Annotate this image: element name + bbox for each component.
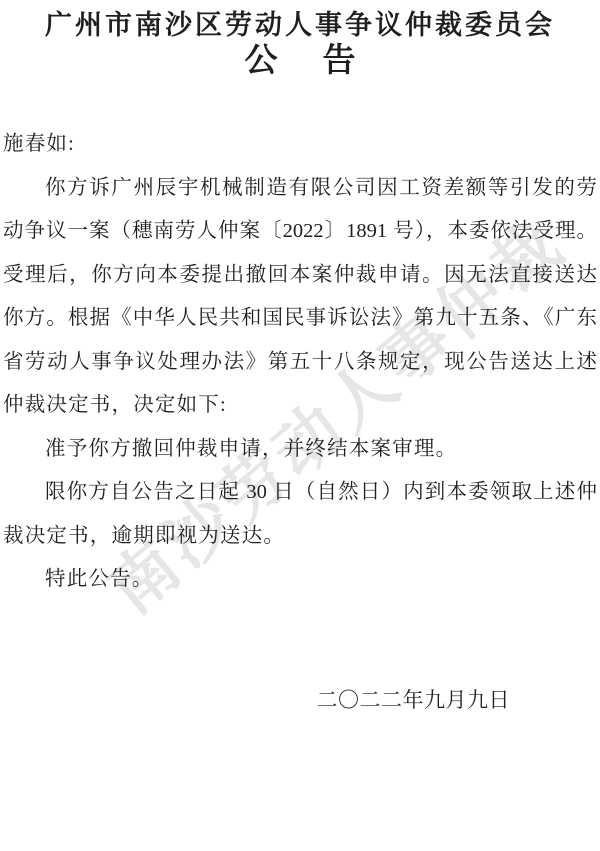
body-line: 动争议一案（穗南劳人仲案〔2022〕1891 号），本委依法受理。: [3, 210, 597, 254]
body-line: 裁决定书，逾期即视为送达。: [3, 515, 597, 559]
body-line: 省劳动人事争议处理办法》第五十八条规定，现公告送达上述: [3, 341, 597, 385]
body-text-block: 施春如: 你方诉广州辰宇机械制造有限公司因工资差额等引发的劳 动争议一案（穗南劳…: [3, 123, 597, 602]
document-content: 广州市南沙区劳动人事争议仲裁委员会 公 告 施春如: 你方诉广州辰宇机械制造有限…: [0, 8, 600, 722]
body-line: 你方。根据《中华人民共和国民事诉讼法》第九十五条、《广东: [3, 297, 597, 341]
doc-type-heading: 公 告: [0, 42, 600, 80]
body-line: 准予你方撤回仲裁申请，并终结本案审理。: [3, 428, 597, 472]
issuer-title: 广州市南沙区劳动人事争议仲裁委员会: [0, 8, 600, 42]
body-line: 你方诉广州辰宇机械制造有限公司因工资差额等引发的劳: [3, 167, 597, 211]
body-line: 限你方自公告之日起 30 日（自然日）内到本委领取上述仲: [3, 471, 597, 515]
announcement-page: 南沙劳动人事仲裁 广州市南沙区劳动人事争议仲裁委员会 公 告 施春如: 你方诉广…: [0, 0, 600, 851]
body-line: 施春如:: [3, 123, 597, 167]
issue-date: 二〇二二年九月九日: [0, 679, 600, 723]
body-line: 受理后，你方向本委提出撤回本案仲裁申请。因无法直接送达: [3, 254, 597, 298]
body-line: 仲裁决定书，决定如下:: [3, 384, 597, 428]
body-line: 特此公告。: [3, 558, 597, 602]
